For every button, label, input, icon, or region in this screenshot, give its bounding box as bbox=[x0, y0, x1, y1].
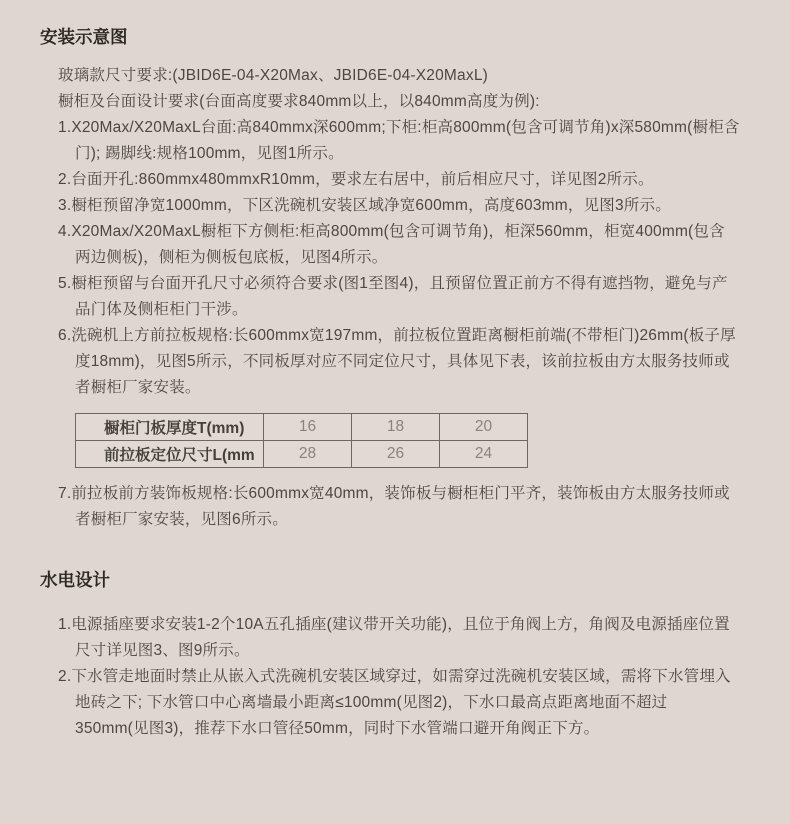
install-item-1: 1.X20Max/X20MaxL台面:高840mmx深600mm;下柜:柜高80… bbox=[58, 115, 740, 167]
install-item-7: 7.前拉板前方装饰板规格:长600mmx宽40mm，装饰板与橱柜柜门平齐，装饰板… bbox=[58, 481, 740, 533]
document-page: 安装示意图 玻璃款尺寸要求:(JBID6E-04-X20Max、JBID6E-0… bbox=[0, 0, 790, 742]
utility-item-1: 1.电源插座要求安装1-2个10A五孔插座(建议带开关功能)，且位于角阀上方，角… bbox=[58, 612, 740, 664]
install-intro: 玻璃款尺寸要求:(JBID6E-04-X20Max、JBID6E-04-X20M… bbox=[58, 63, 740, 115]
install-items: 1.X20Max/X20MaxL台面:高840mmx深600mm;下柜:柜高80… bbox=[58, 115, 740, 401]
table-cell-value: 26 bbox=[352, 441, 440, 468]
table-cell-label: 前拉板定位尺寸L(mm bbox=[76, 441, 264, 468]
utility-section-title: 水电设计 bbox=[40, 569, 740, 591]
table-row-panel-position: 前拉板定位尺寸L(mm 28 26 24 bbox=[76, 441, 528, 468]
table-cell-value: 24 bbox=[440, 441, 528, 468]
table-cell-value: 18 bbox=[352, 414, 440, 441]
utility-items: 1.电源插座要求安装1-2个10A五孔插座(建议带开关功能)，且位于角阀上方，角… bbox=[58, 612, 740, 742]
table-row-door-thickness: 橱柜门板厚度T(mm) 16 18 20 bbox=[76, 414, 528, 441]
install-item-6: 6.洗碗机上方前拉板规格:长600mmx宽197mm，前拉板位置距离橱柜前端(不… bbox=[58, 323, 740, 401]
table-cell-value: 20 bbox=[440, 414, 528, 441]
table-cell-value: 16 bbox=[264, 414, 352, 441]
intro-line-cabinet-spec: 橱柜及台面设计要求(台面高度要求840mm以上，以840mm高度为例): bbox=[58, 89, 740, 115]
front-panel-spec-table: 橱柜门板厚度T(mm) 16 18 20 前拉板定位尺寸L(mm 28 26 2… bbox=[75, 413, 528, 468]
table-cell-label: 橱柜门板厚度T(mm) bbox=[76, 414, 264, 441]
install-item-5: 5.橱柜预留与台面开孔尺寸必须符合要求(图1至图4)，且预留位置正前方不得有遮挡… bbox=[58, 271, 740, 323]
install-section-title: 安装示意图 bbox=[40, 26, 740, 48]
install-item-3: 3.橱柜预留净宽1000mm，下区洗碗机安装区域净宽600mm，高度603mm，… bbox=[58, 193, 740, 219]
install-item-4: 4.X20Max/X20MaxL橱柜下方侧柜:柜高800mm(包含可调节角)，柜… bbox=[58, 219, 740, 271]
install-item-2: 2.台面开孔:860mmx480mmxR10mm，要求左右居中，前后相应尺寸，详… bbox=[58, 167, 740, 193]
intro-line-glass-spec: 玻璃款尺寸要求:(JBID6E-04-X20Max、JBID6E-04-X20M… bbox=[58, 63, 740, 89]
utility-item-2: 2.下水管走地面时禁止从嵌入式洗碗机安装区域穿过，如需穿过洗碗机安装区域，需将下… bbox=[58, 664, 740, 742]
table-cell-value: 28 bbox=[264, 441, 352, 468]
